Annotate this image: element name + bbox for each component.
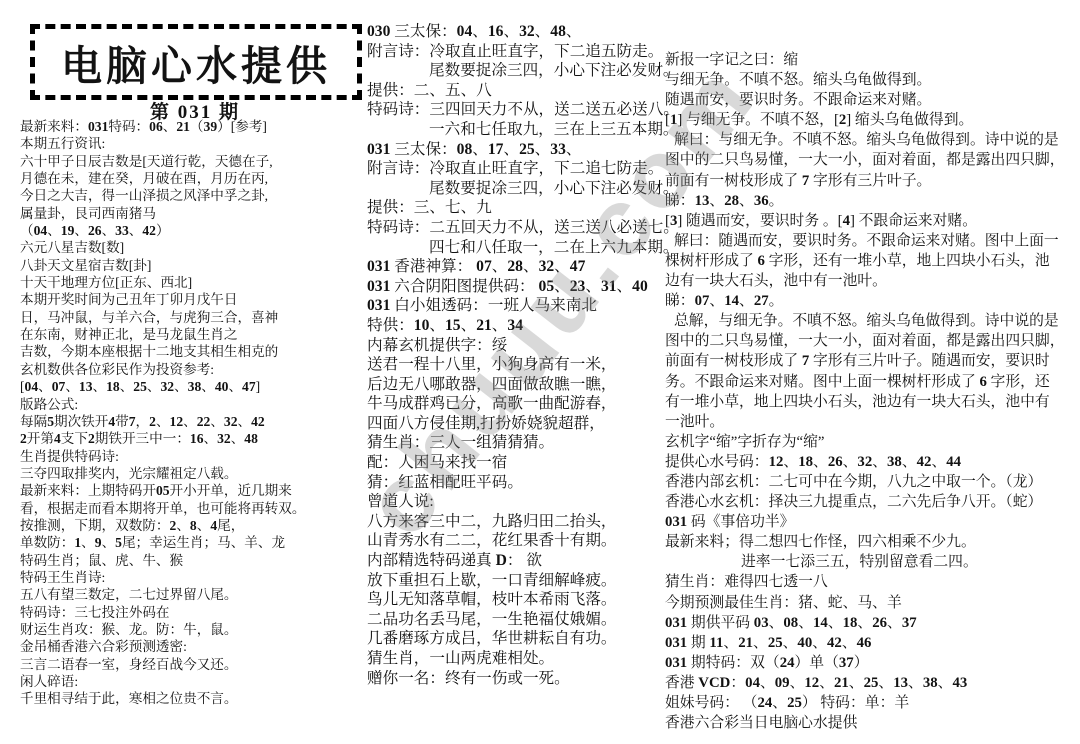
text-line: 香港心水玄机：择决三九提重点，二六先后争八开。（蛇）: [665, 492, 1077, 512]
text-line: 日，马冲鼠，与羊六合，与虎狗三合，喜神: [20, 309, 365, 326]
text-line: 属量卦，艮司西南猪马: [20, 205, 365, 222]
text-line: 最新来料；得二想四七作怪，四六相乘不少九。: [665, 532, 1077, 552]
text-line: 三夺四取排奖内，光宗耀祖定八载。: [20, 465, 365, 482]
text-line: [1] 与细无争。不嗔不怒，[2] 缩头乌龟做得到。: [665, 110, 1077, 130]
text-line: 特码生肖；鼠、虎、牛、猴: [20, 552, 365, 569]
text-line: 八卦天文星宿吉数[卦]: [20, 257, 365, 274]
text-line: 031 期 11、21、25、40、42、46: [665, 633, 1077, 653]
text-line: 配：人困马来找一宿: [367, 453, 667, 473]
text-line: 在东南，财神正北，是马龙鼠生肖之: [20, 326, 365, 343]
text-line: 单数防：1、9、5尾；幸运生肖；马、羊、龙: [20, 534, 365, 551]
text-line: 特码诗：三七投注外码在: [20, 604, 365, 621]
text-line: 提供心水号码：12、18、26、32、38、42、44: [665, 452, 1077, 472]
text-line: 有一堆小草，地上四块小石头，池边有一块大石头，池中有: [665, 392, 1077, 412]
text-line: 香港六合彩当日电脑心水提供: [665, 713, 1077, 733]
text-line: 031 六合阴阳图提供码： 05、23、31、40: [367, 277, 667, 297]
text-line: 特码王生肖诗:: [20, 569, 365, 586]
text-line: 务。不跟命运来对赌。图中上面一棵树杆形成了 6 字形，还: [665, 372, 1077, 392]
text-line: 今期预测最佳生肖：猪、蛇、马、羊: [665, 593, 1077, 613]
text-line: 鸟儿无知落草帽，枝叶本希雨飞落。: [367, 590, 667, 610]
text-line: 附言诗：冷取直止旺直字，下二追七防走。: [367, 159, 667, 179]
text-line: 闲人碎语:: [20, 673, 365, 690]
left-column: 最新来料：031特码：06、21（39）[参考]本期五行资讯:六十甲子日辰吉数是…: [20, 118, 365, 708]
middle-column: 030 三太保：04、16、32、48、附言诗：冷取直止旺直字，下二追五防走。尾…: [367, 22, 667, 688]
text-line: 总解，与细无争。不嗔不怒。缩头乌龟做得到。诗中说的是: [665, 311, 1077, 331]
text-line: 本期五行资讯:: [20, 135, 365, 152]
text-line: 内部精选特码递真 D： 欲: [367, 551, 667, 571]
text-line: 一六和七任取九，三在上三五本期。: [367, 120, 667, 140]
text-line: 图中的二只鸟易懂，一大一小，面对着面，都是露出四只脚，: [665, 331, 1077, 351]
text-line: 尾数要捉凃三四，小心下注必发财。: [367, 61, 667, 81]
text-line: 图中的二只鸟易懂，一大一小，面对着面，都是露出四只脚，: [665, 150, 1077, 170]
text-line: [3] 随遇而安，要识时务 。[4] 不跟命运来对赌。: [665, 211, 1077, 231]
text-line: 解曰：随遇而安，要识时务。不跟命运来对赌。图中上面一: [665, 231, 1077, 251]
text-line: 前面有一树枝形成了 7 字形有三片叶子。: [665, 171, 1077, 191]
text-line: 千里相寻结于此，寒相之位贵不言。: [20, 690, 365, 707]
text-line: 香港内部玄机：二七可中在今期，八九之中取一个。（龙）: [665, 472, 1077, 492]
text-line: 031 期供平码 03、08、14、18、26、37: [665, 613, 1077, 633]
text-line: 最新来料：上期特码开05开小开单，近几期来: [20, 482, 365, 499]
text-line: 与细无争。不嗔不怒。缩头乌龟做得到。: [665, 70, 1077, 90]
text-line: 按推测，下期，双数防：2、8、4尾，: [20, 517, 365, 534]
text-line: 提供：二、五、八: [367, 81, 667, 101]
text-line: 031 三太保：08、17、25、33、: [367, 140, 667, 160]
text-line: 特供：10、15、21、34: [367, 316, 667, 336]
text-line: 山青秀水有二二，花红果香十有期。: [367, 531, 667, 551]
text-line: 四七和八任取一，二在上六九本期。: [367, 238, 667, 258]
text-line: 月德在未，建在癸，月破在酉，月历在丙,: [20, 170, 365, 187]
text-line: 后边无八哪敢器，四面做敌瞧一瞧，: [367, 375, 667, 395]
text-line: [04、07、13、18、25、32、38、40、47]: [20, 378, 365, 395]
text-line: 二品功名丢马尾，一生艳福仗娥媚。: [367, 610, 667, 630]
text-line: 031 白小姐透码：一班人马来南北: [367, 296, 667, 316]
text-line: 一池叶。: [665, 412, 1077, 432]
text-line: 玄机数供各位彩民作为投资参考:: [20, 361, 365, 378]
text-line: 随遇而安，要识时务。不跟命运来对赌。: [665, 90, 1077, 110]
text-line: 猜生肖，一山两虎难相处。: [367, 649, 667, 669]
text-line: 今日之大吉，得一山泽损之风泽中孚之卦,: [20, 187, 365, 204]
text-line: 特码诗：二五回天力不从，送三送八必送七。: [367, 218, 667, 238]
text-line: 六十甲子日辰吉数是[天道行乾，天德在子,: [20, 153, 365, 170]
text-line: 睇：13、28、36。: [665, 191, 1077, 211]
text-line: 进率一七添三五，特别留意看二四。: [665, 552, 1077, 572]
text-line: 031 期特码：双（24）单（37）: [665, 653, 1077, 673]
text-line: 看，根据走而看本期将开单，也可能将再转双。: [20, 500, 365, 517]
page-title: 电脑心水提供: [61, 33, 331, 92]
text-line: 本期开奖时间为己丑年丁卯月戊午日: [20, 291, 365, 308]
text-line: （04、19、26、33、42）: [20, 222, 365, 239]
text-line: 三言二语春一室，身经百战今又还。: [20, 656, 365, 673]
text-line: 031 香港神算： 07、28、32、47: [367, 257, 667, 277]
text-line: 内幕玄机提供字：绥: [367, 336, 667, 356]
text-line: 生肖提供特码诗:: [20, 448, 365, 465]
text-line: 香港 VCD：04、09、12、21、25、13、38、43: [665, 673, 1077, 693]
text-line: 六元八星吉数[数]: [20, 239, 365, 256]
text-line: 前面有一树枝形成了 7 字形有三片叶子。随遇而安，要识时: [665, 351, 1077, 371]
text-line: 解曰：与细无争。不嗔不怒。缩头乌龟做得到。诗中说的是: [665, 130, 1077, 150]
text-line: 猜：红蓝相配旺平码。: [367, 473, 667, 493]
text-line: 版路公式:: [20, 396, 365, 413]
text-line: 棵树杆形成了 6 字形，还有一堆小草，地上四块小石头，池: [665, 251, 1077, 271]
text-line: 玄机字“缩”字折存为“缩”: [665, 432, 1077, 452]
text-line: 边有一块大石头，池中有一池叶。: [665, 271, 1077, 291]
text-line: 赠你一名：终有一伤或一死。: [367, 669, 667, 689]
text-line: 猜生肖：三人一组猜猜猜。: [367, 433, 667, 453]
text-line: 曾道人说:: [367, 492, 667, 512]
masthead-box: 电脑心水提供: [30, 24, 362, 100]
text-line: 特码诗：三四回天力不从，送二送五必送八。: [367, 100, 667, 120]
text-line: 吉数，今期本座根据十二地支其相生相克的: [20, 343, 365, 360]
text-line: 送君一程十八里，小狗身高有一米，: [367, 355, 667, 375]
text-line: 睇：07、14、27。: [665, 291, 1077, 311]
text-line: 牛马成群鸡已分，高歌一曲配游春，: [367, 394, 667, 414]
text-line: 提供：三、七、九: [367, 198, 667, 218]
text-line: 附言诗：冷取直止旺直字，下二追五防走。: [367, 42, 667, 62]
text-line: 2开第4支下2期铁开三中一：16、32、48: [20, 430, 365, 447]
text-line: 姐妹号码： （24、25） 特码：单：羊: [665, 693, 1077, 713]
text-line: 金吊桶香港六合彩预测透密:: [20, 638, 365, 655]
text-line: 四面八方侵佳期,打扮娇娆貌超群，: [367, 414, 667, 434]
text-line: 尾数要捉凃三四，小心下注必发财。: [367, 179, 667, 199]
text-line: 猜生肖：难得四七透一八: [665, 572, 1077, 592]
right-column: 新报一字记之曰：缩与细无争。不嗔不怒。缩头乌龟做得到。随遇而安，要识时务。不跟命…: [665, 50, 1077, 733]
text-line: 030 三太保：04、16、32、48、: [367, 22, 667, 42]
text-line: 每隔5期次铁开4带7，2、12、22、32、42: [20, 413, 365, 430]
page: 电脑心水提供 第 031 期 最新来料：031特码：06、21（39）[参考]本…: [0, 0, 1080, 744]
text-line: 几番磨琢方成吕，华世耕耘自有功。: [367, 629, 667, 649]
text-line: 新报一字记之曰：缩: [665, 50, 1077, 70]
text-line: 财运生肖攻：猴、龙。防：牛，鼠。: [20, 621, 365, 638]
text-line: 放下重担石上歇，一口青细解峰疲。: [367, 571, 667, 591]
text-line: 最新来料：031特码：06、21（39）[参考]: [20, 118, 365, 135]
text-line: 031 码《事倍功半》: [665, 512, 1077, 532]
text-line: 五八有望三数定，二七过界留八尾。: [20, 586, 365, 603]
text-line: 八方来客三中二，九路归田二抬头，: [367, 512, 667, 532]
text-line: 十天干地理方位[正东、西北]: [20, 274, 365, 291]
